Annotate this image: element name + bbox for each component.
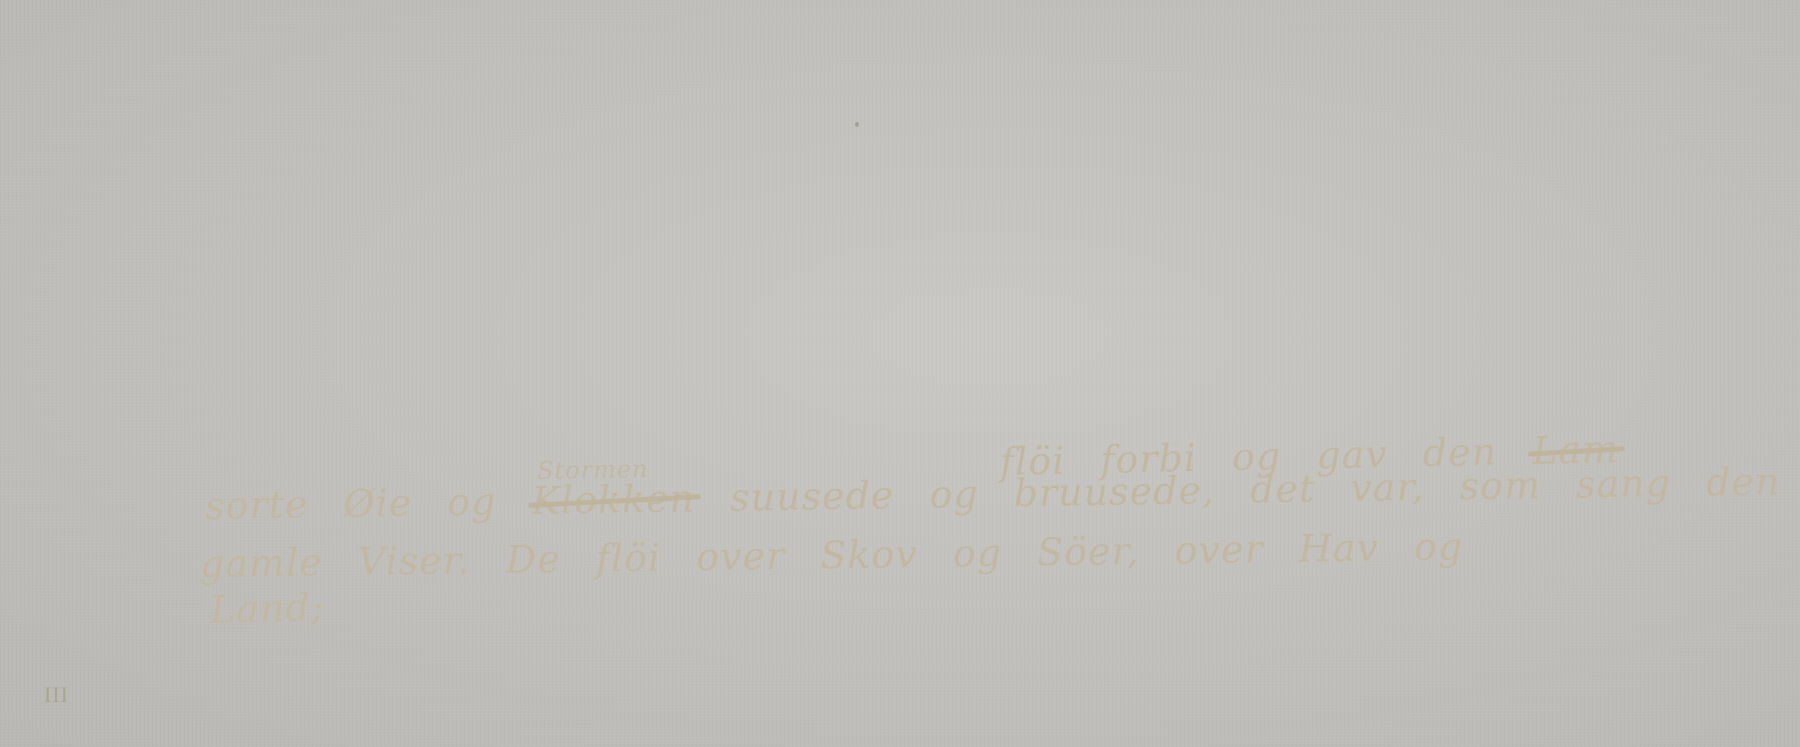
word: Söer, <box>1037 529 1140 574</box>
word: og <box>952 531 1002 576</box>
word: Skov <box>820 532 918 577</box>
manuscript-line-3: gamle Viser. De flöi over Skov og Söer, … <box>200 524 1486 586</box>
word: og <box>929 472 979 517</box>
word: det <box>1250 467 1316 512</box>
word: bruusede, <box>1013 468 1215 515</box>
word: flöi <box>596 536 662 581</box>
word: over <box>696 534 786 579</box>
word: som <box>1459 463 1541 508</box>
word: Hav <box>1298 526 1379 571</box>
manuscript-text: flöi forbi og gav den Lam sorte Øie og S… <box>0 0 1800 747</box>
word: Øie <box>343 481 412 526</box>
struck-word-with-insert: Stormen Klokken <box>531 476 695 523</box>
word: sang <box>1576 461 1672 506</box>
word: De <box>506 537 562 582</box>
word: Viser. <box>357 538 471 584</box>
word: sorte <box>205 482 309 528</box>
page-number: III <box>44 682 69 708</box>
word: og <box>447 479 497 524</box>
word: gamle <box>200 540 323 586</box>
word: suusede <box>730 473 895 520</box>
struck-word: Klokken <box>531 476 695 523</box>
word: og <box>1414 524 1464 569</box>
word: den <box>1706 459 1781 504</box>
manuscript-line-4: Land; <box>209 584 347 632</box>
word: over <box>1174 527 1264 572</box>
word: var, <box>1350 465 1425 510</box>
word: Land; <box>209 585 325 632</box>
